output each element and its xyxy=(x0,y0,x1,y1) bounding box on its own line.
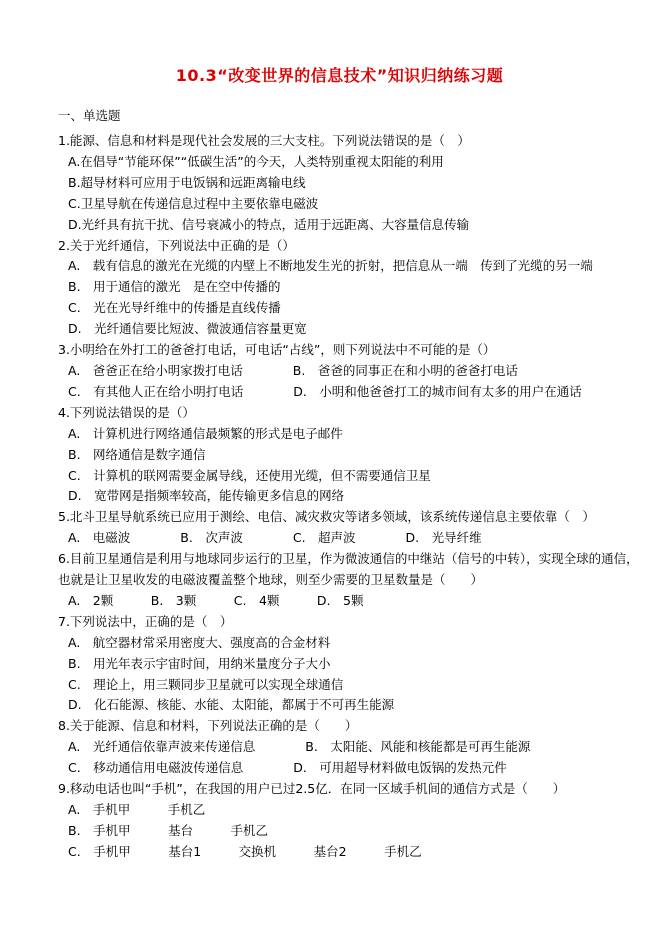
question-4-stem: 4.下列说法错误的是（） xyxy=(58,403,621,424)
page-title: 10.3“改变世界的信息技术”知识归纳练习题 xyxy=(58,64,621,88)
question-7: 7.下列说法中，正确的是（ ） A. 航空器材常采用密度大、强度高的合金材料 B… xyxy=(58,612,621,717)
question-1-stem: 1.能源、信息和材料是现代社会发展的三大支柱。下列说法错误的是（ ） xyxy=(58,131,621,152)
question-2-option-c: C. 光在光导纤维中的传播是直线传播 xyxy=(58,298,621,319)
question-1: 1.能源、信息和材料是现代社会发展的三大支柱。下列说法错误的是（ ） A.在倡导… xyxy=(58,131,621,236)
question-2-option-d: D. 光纤通信要比短波、微波通信容量更宽 xyxy=(58,319,621,340)
question-9-stem: 9.移动电话也叫“手机”，在我国的用户已过2.5亿．在同一区域手机间的通信方式是… xyxy=(58,779,621,800)
question-7-option-a: A. 航空器材常采用密度大、强度高的合金材料 xyxy=(58,633,621,654)
question-6: 6.目前卫星通信是利用与地球同步运行的卫星，作为微波通信的中继站（信号的中转），… xyxy=(58,549,621,612)
question-3-options-ab: A. 爸爸正在给小明家拨打电话 B. 爸爸的同事正在和小明的爸爸打电话 xyxy=(58,361,621,382)
question-1-option-a: A.在倡导“节能环保”“低碳生活”的今天，人类特别重视太阳能的利用 xyxy=(58,152,621,173)
question-4: 4.下列说法错误的是（） A. 计算机进行网络通信最频繁的形式是电子邮件 B. … xyxy=(58,403,621,508)
worksheet-page: 10.3“改变世界的信息技术”知识归纳练习题 一、单选题 1.能源、信息和材料是… xyxy=(0,0,661,936)
question-2: 2.关于光纤通信，下列说法中正确的是（） A. 载有信息的激光在光缆的内壁上不断… xyxy=(58,236,621,341)
question-8: 8.关于能源、信息和材料，下列说法正确的是（ ） A. 光纤通信依靠声波来传递信… xyxy=(58,716,621,779)
question-7-option-d: D. 化石能源、核能、水能、太阳能，都属于不可再生能源 xyxy=(58,695,621,716)
question-8-stem: 8.关于能源、信息和材料，下列说法正确的是（ ） xyxy=(58,716,621,737)
question-4-option-d: D. 宽带网是指频率较高，能传输更多信息的网络 xyxy=(58,486,621,507)
question-9-option-b: B. 手机甲 基台 手机乙 xyxy=(58,821,621,842)
question-2-option-a: A. 载有信息的激光在光缆的内壁上不断地发生光的折射，把信息从一端 传到了光缆的… xyxy=(58,256,621,277)
section-heading: 一、单选题 xyxy=(58,105,621,126)
question-6-stem-line2: 也就是让卫星收发的电磁波覆盖整个地球，则至少需要的卫星数量是（ ） xyxy=(58,570,621,591)
question-2-stem: 2.关于光纤通信，下列说法中正确的是（） xyxy=(58,236,621,257)
question-6-stem-line1: 6.目前卫星通信是利用与地球同步运行的卫星，作为微波通信的中继站（信号的中转），… xyxy=(58,549,621,570)
question-8-options-ab: A. 光纤通信依靠声波来传递信息 B. 太阳能、风能和核能都是可再生能源 xyxy=(58,737,621,758)
question-7-option-c: C. 理论上，用三颗同步卫星就可以实现全球通信 xyxy=(58,675,621,696)
question-2-option-b: B. 用于通信的激光 是在空中传播的 xyxy=(58,277,621,298)
question-9-option-c: C. 手机甲 基台1 交换机 基台2 手机乙 xyxy=(58,842,621,863)
question-1-option-b: B.超导材料可应用于电饭锅和远距离输电线 xyxy=(58,173,621,194)
question-7-option-b: B. 用光年表示宇宙时间，用纳米量度分子大小 xyxy=(58,654,621,675)
question-3-stem: 3.小明给在外打工的爸爸打电话，可电话“占线”，则下列说法中不可能的是（） xyxy=(58,340,621,361)
question-4-option-c: C. 计算机的联网需要金属导线，还使用光缆，但不需要通信卫星 xyxy=(58,466,621,487)
question-1-option-c: C.卫星导航在传递信息过程中主要依靠电磁波 xyxy=(58,194,621,215)
question-6-options-abcd: A. 2颗 B. 3颗 C. 4颗 D. 5颗 xyxy=(58,591,621,612)
question-9: 9.移动电话也叫“手机”，在我国的用户已过2.5亿．在同一区域手机间的通信方式是… xyxy=(58,779,621,863)
question-1-option-d: D.光纤具有抗干扰、信号衰减小的特点，适用于远距离、大容量信息传输 xyxy=(58,215,621,236)
question-5-stem: 5.北斗卫星导航系统已应用于测绘、电信、减灾救灾等诸多领域，该系统传递信息主要依… xyxy=(58,507,621,528)
question-3-options-cd: C. 有其他人正在给小明打电话 D. 小明和他爸爸打工的城市间有太多的用户在通话 xyxy=(58,382,621,403)
question-5: 5.北斗卫星导航系统已应用于测绘、电信、减灾救灾等诸多领域，该系统传递信息主要依… xyxy=(58,507,621,549)
question-8-options-cd: C. 移动通信用电磁波传递信息 D. 可用超导材料做电饭锅的发热元件 xyxy=(58,758,621,779)
question-9-option-a: A. 手机甲 手机乙 xyxy=(58,800,621,821)
question-4-option-a: A. 计算机进行网络通信最频繁的形式是电子邮件 xyxy=(58,424,621,445)
question-3: 3.小明给在外打工的爸爸打电话，可电话“占线”，则下列说法中不可能的是（） A.… xyxy=(58,340,621,403)
question-4-option-b: B. 网络通信是数字通信 xyxy=(58,445,621,466)
question-7-stem: 7.下列说法中，正确的是（ ） xyxy=(58,612,621,633)
question-5-options-abcd: A. 电磁波 B. 次声波 C. 超声波 D. 光导纤维 xyxy=(58,528,621,549)
